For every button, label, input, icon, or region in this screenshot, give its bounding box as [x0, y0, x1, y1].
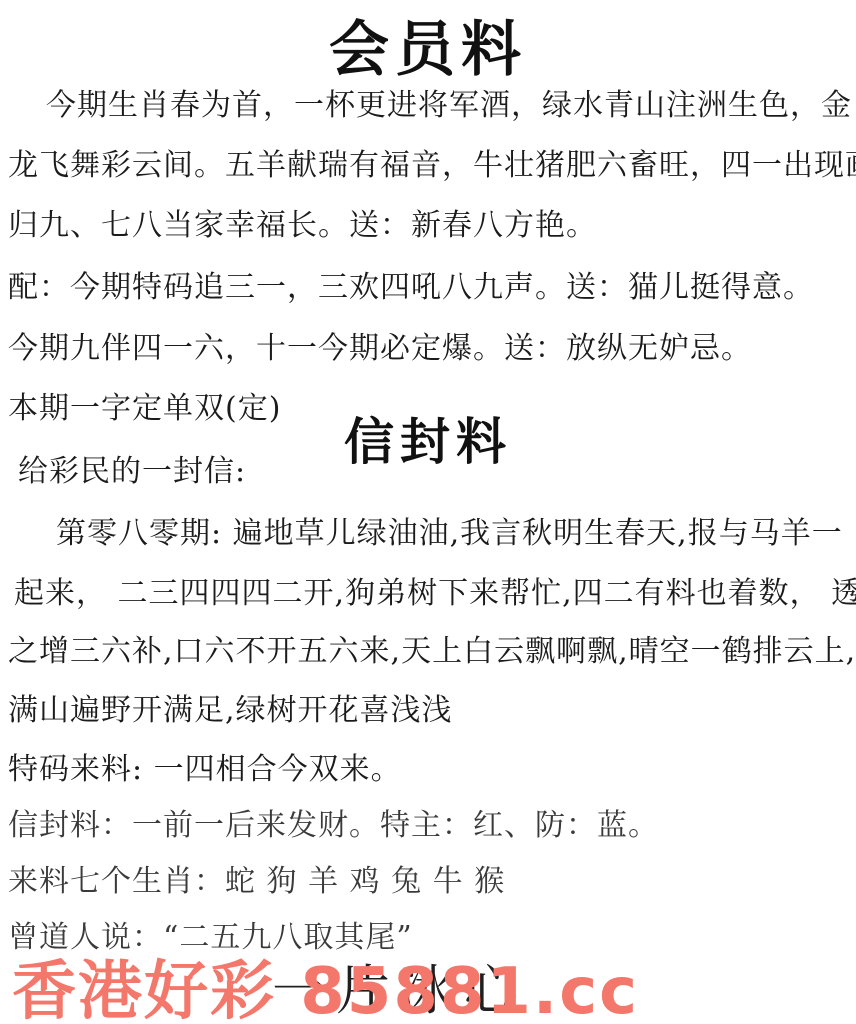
- member-line: 归九、七八当家幸福长。送：新春八方艳。: [8, 200, 597, 244]
- envelope-line: 来料七个生肖：蛇 狗 羊 鸡 兔 牛 猴: [8, 856, 505, 900]
- envelope-intro: 给彩民的一封信:: [18, 446, 246, 490]
- envelope-line: 信封料：一前一后来发财。特主：红、防：蓝。: [8, 800, 659, 844]
- envelope-line: 起来， 二三四四四二开,狗弟树下来帮忙,四二有料也着数， 透风: [14, 568, 856, 612]
- member-line: 今期生肖春为首，一杯更进将军酒，绿水青山注洲生色，金: [46, 80, 852, 124]
- envelope-line: 满山遍野开满足,绿树开花喜浅浅: [8, 685, 453, 729]
- envelope-line: 之增三六补,口六不开五六来,天上白云飘啊飘,晴空一鹤排云上,: [8, 626, 856, 670]
- member-line: 配：今期特码追三一，三欢四吼八九声。送：猫儿挺得意。: [8, 262, 814, 306]
- member-line: 今期九伴四一六，十一今期必定爆。送：放纵无妒忌。: [8, 323, 752, 367]
- site-watermark: 香港好彩 85881.cc: [12, 940, 639, 1024]
- member-section-title: 会员料: [0, 2, 856, 88]
- scanned-lottery-tips-page: 会员料 今期生肖春为首，一杯更进将军酒，绿水青山注洲生色，金 龙飞舞彩云间。五羊…: [0, 0, 856, 1024]
- envelope-line: 特码来料: 一四相合今双来。: [8, 744, 402, 788]
- envelope-line: 第零八零期: 遍地草儿绿油油,我言秋明生春天,报与马羊一: [56, 508, 843, 552]
- member-line: 龙飞舞彩云间。五羊献瑞有福音，牛壮猪肥六畜旺，四一出现画: [8, 140, 856, 184]
